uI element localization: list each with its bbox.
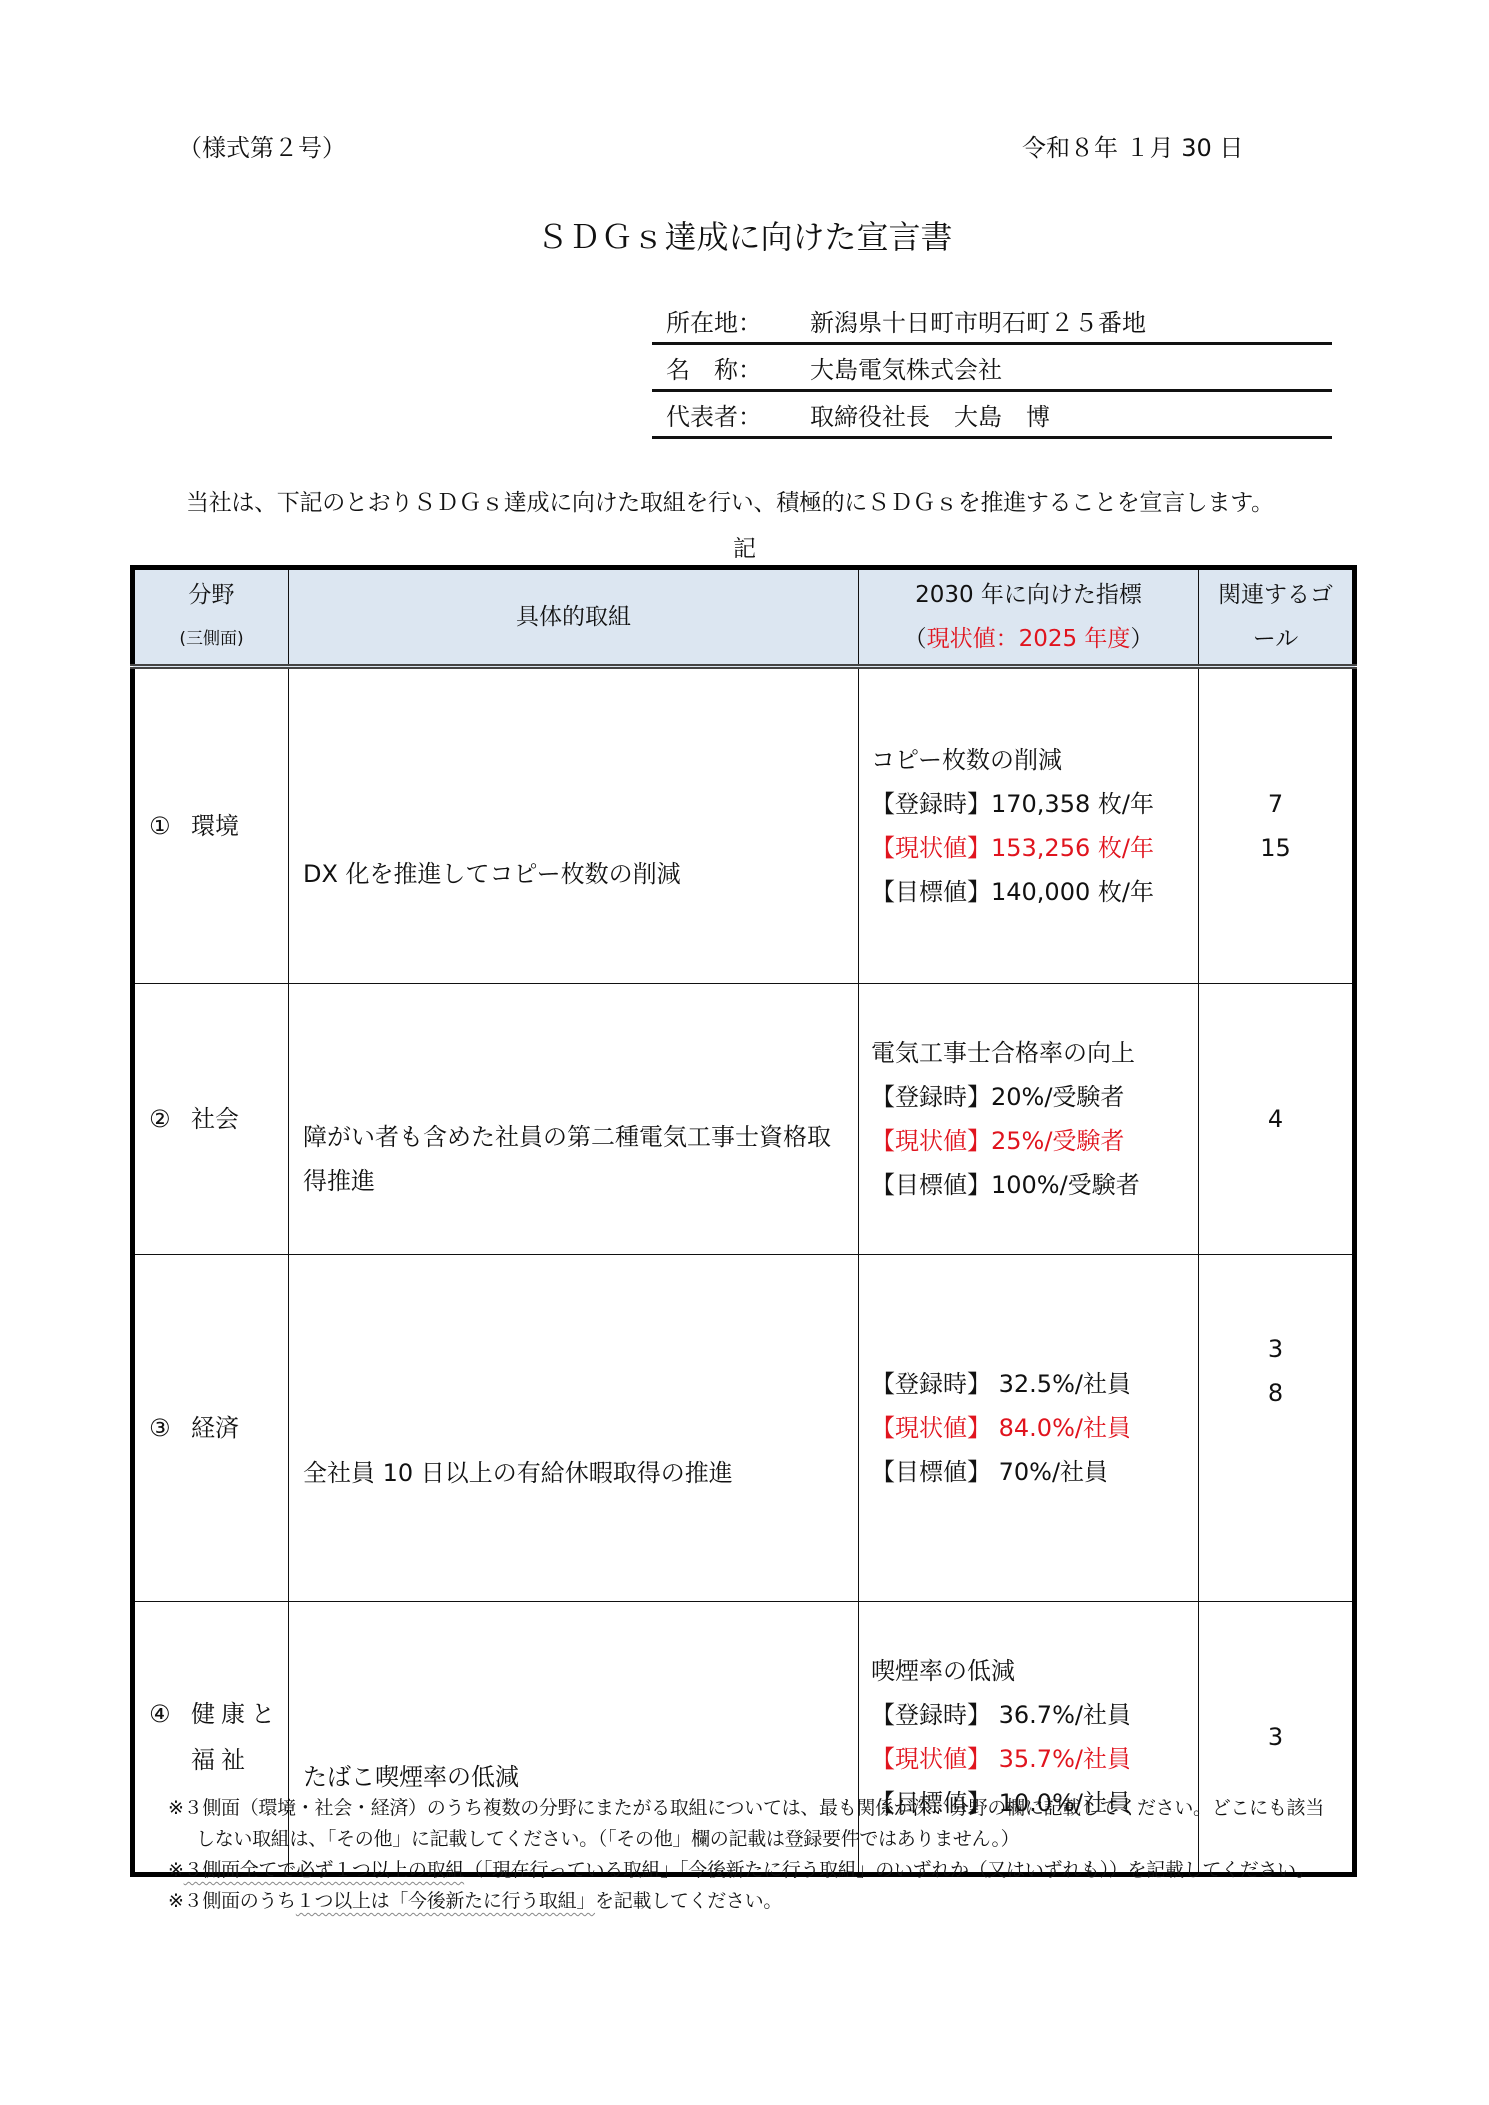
table-header-row: 分野 (三側面) 具体的取組 2030 年に向けた指標 （現状値：2025 年度… (133, 568, 1355, 667)
footnote-3-rest: を記載してください。 (595, 1890, 782, 1912)
header-indicator-label: 2030 年に向けた指標 (860, 573, 1197, 617)
table-row: ③経済 全社員 10 日以上の有給休暇取得の推進 【登録時】 32.5%/社員 … (133, 1255, 1355, 1602)
address-row: 所在地： 新潟県十日町市明石町２５番地 (652, 298, 1332, 345)
goal-number: 3 (1200, 1327, 1351, 1371)
header-field-sub: (三側面) (136, 617, 287, 661)
address-label: 所在地： (652, 303, 810, 338)
address-value: 新潟県十日町市明石町２５番地 (810, 303, 1332, 338)
sdgs-table: 分野 (三側面) 具体的取組 2030 年に向けた指標 （現状値：2025 年度… (130, 565, 1357, 1877)
note-mark: ※ (168, 1859, 184, 1881)
indicator-current: 【現状値】 84.0%/社員 (871, 1406, 1197, 1450)
header-goals-line1: 関連するゴ (1200, 573, 1351, 617)
header-goals-line2: ール (1200, 617, 1351, 661)
table-row: ①環境 DX 化を推進してコピー枚数の削減 コピー枚数の削減 【登録時】170,… (133, 667, 1355, 984)
goal-number: 15 (1200, 826, 1351, 870)
header-goals: 関連するゴ ール (1199, 568, 1355, 667)
goal-number: 8 (1200, 1371, 1351, 1415)
company-name-label: 名 称： (652, 350, 810, 385)
footnote-2: ※３側面全てで必ず１つ以上の取組（「現在行っている取組」「今後新たに行う取組」の… (168, 1855, 1338, 1886)
footnote-2-rest: （「現在行っている取組」「今後新たに行う取組」のいずれか（又はいずれも））を記載… (464, 1859, 1314, 1881)
goals-cell: 3 8 (1199, 1255, 1355, 1602)
indicator-title: 喫煙率の低減 (871, 1649, 1197, 1693)
indicator-current: 【現状値】153,256 枚/年 (871, 826, 1197, 870)
indicator-registered: 【登録時】20%/受験者 (871, 1075, 1197, 1119)
header-indicator-sub: （現状値：2025 年度） (860, 617, 1197, 661)
indicator-target: 【目標値】 70%/社員 (871, 1450, 1197, 1494)
indicator-target: 【目標値】100%/受験者 (871, 1163, 1197, 1207)
header-field: 分野 (三側面) (133, 568, 289, 667)
action-text: たばこ喫煙率の低減 (303, 1675, 844, 1799)
goals-cell: 7 15 (1199, 667, 1355, 984)
action-text: DX 化を推進してコピー枚数の削減 (303, 756, 844, 896)
ki-marker: 記 (0, 530, 1489, 563)
paren-open: （ (904, 626, 927, 652)
header-indicator: 2030 年に向けた指標 （現状値：2025 年度） (859, 568, 1199, 667)
footnote-3-emphasis: １つ以上は「今後新たに行う取組」 (296, 1890, 595, 1912)
field-cell: ③経済 (133, 1255, 289, 1602)
paren-close: ） (1130, 626, 1153, 652)
table-row: ②社会 障がい者も含めた社員の第二種電気工事士資格取得推進 電気工事士合格率の向… (133, 984, 1355, 1255)
action-cell: 全社員 10 日以上の有給休暇取得の推進 (289, 1255, 859, 1602)
row-number: ① (149, 803, 191, 849)
row-number: ③ (149, 1405, 191, 1451)
goal-number: 3 (1200, 1715, 1351, 1759)
indicator-current: 【現状値】25%/受験者 (871, 1119, 1197, 1163)
document-title: ＳＤＧｓ達成に向けた宣言書 (0, 212, 1489, 258)
document-date: 令和８年 １月 30 日 (1022, 128, 1243, 163)
row-number: ④ (149, 1691, 191, 1737)
row-number: ② (149, 1096, 191, 1142)
field-name: 経済 (191, 1414, 239, 1442)
action-text: 障がい者も含めた社員の第二種電気工事士資格取得推進 (303, 1035, 844, 1203)
company-name-value: 大島電気株式会社 (810, 350, 1332, 385)
action-cell: DX 化を推進してコピー枚数の削減 (289, 667, 859, 984)
goal-number: 4 (1200, 1097, 1351, 1141)
field-name: 環境 (191, 812, 239, 840)
field-name: 社会 (191, 1105, 239, 1133)
indicator-target: 【目標値】140,000 枚/年 (871, 870, 1197, 914)
indicator-cell: 【登録時】 32.5%/社員 【現状値】 84.0%/社員 【目標値】 70%/… (859, 1255, 1199, 1602)
company-info: 所在地： 新潟県十日町市明石町２５番地 名 称： 大島電気株式会社 代表者： 取… (652, 298, 1332, 439)
goal-number: 7 (1200, 782, 1351, 826)
footnote-3: ※３側面のうち１つ以上は「今後新たに行う取組」を記載してください。 (168, 1886, 1338, 1917)
indicator-registered: 【登録時】 36.7%/社員 (871, 1693, 1197, 1737)
form-number: （様式第２号） (178, 128, 346, 163)
footnotes: ※３側面（環境・社会・経済）のうち複数の分野にまたがる取組については、最も関係が… (168, 1793, 1338, 1917)
header-action: 具体的取組 (289, 568, 859, 667)
footnote-1: ※３側面（環境・社会・経済）のうち複数の分野にまたがる取組については、最も関係が… (168, 1793, 1338, 1855)
action-text: 全社員 10 日以上の有給休暇取得の推進 (303, 1361, 844, 1495)
header-current-year: 現状値：2025 年度 (927, 626, 1131, 652)
indicator-title: 電気工事士合格率の向上 (871, 1031, 1197, 1075)
declaration-text: 当社は、下記のとおりＳＤＧｓ達成に向けた取組を行い、積極的にＳＤＧｓを推進するこ… (186, 484, 1274, 517)
representative-label: 代表者： (652, 397, 810, 432)
goals-cell: 4 (1199, 984, 1355, 1255)
indicator-registered: 【登録時】170,358 枚/年 (871, 782, 1197, 826)
representative-row: 代表者： 取締役社長 大島 博 (652, 392, 1332, 439)
indicator-title: コピー枚数の削減 (871, 738, 1197, 782)
footnote-2-emphasis: ３側面全てで必ず１つ以上の取組 (184, 1859, 465, 1881)
action-cell: 障がい者も含めた社員の第二種電気工事士資格取得推進 (289, 984, 859, 1255)
field-name: 健康と福祉 (191, 1691, 285, 1783)
indicator-registered: 【登録時】 32.5%/社員 (871, 1362, 1197, 1406)
header-field-label: 分野 (136, 573, 287, 617)
field-cell: ①環境 (133, 667, 289, 984)
footnote-3-start: ※３側面のうち (168, 1890, 296, 1912)
indicator-cell: 電気工事士合格率の向上 【登録時】20%/受験者 【現状値】25%/受験者 【目… (859, 984, 1199, 1255)
representative-value: 取締役社長 大島 博 (810, 397, 1332, 432)
indicator-current: 【現状値】 35.7%/社員 (871, 1737, 1197, 1781)
company-name-row: 名 称： 大島電気株式会社 (652, 345, 1332, 392)
indicator-cell: コピー枚数の削減 【登録時】170,358 枚/年 【現状値】153,256 枚… (859, 667, 1199, 984)
field-cell: ②社会 (133, 984, 289, 1255)
